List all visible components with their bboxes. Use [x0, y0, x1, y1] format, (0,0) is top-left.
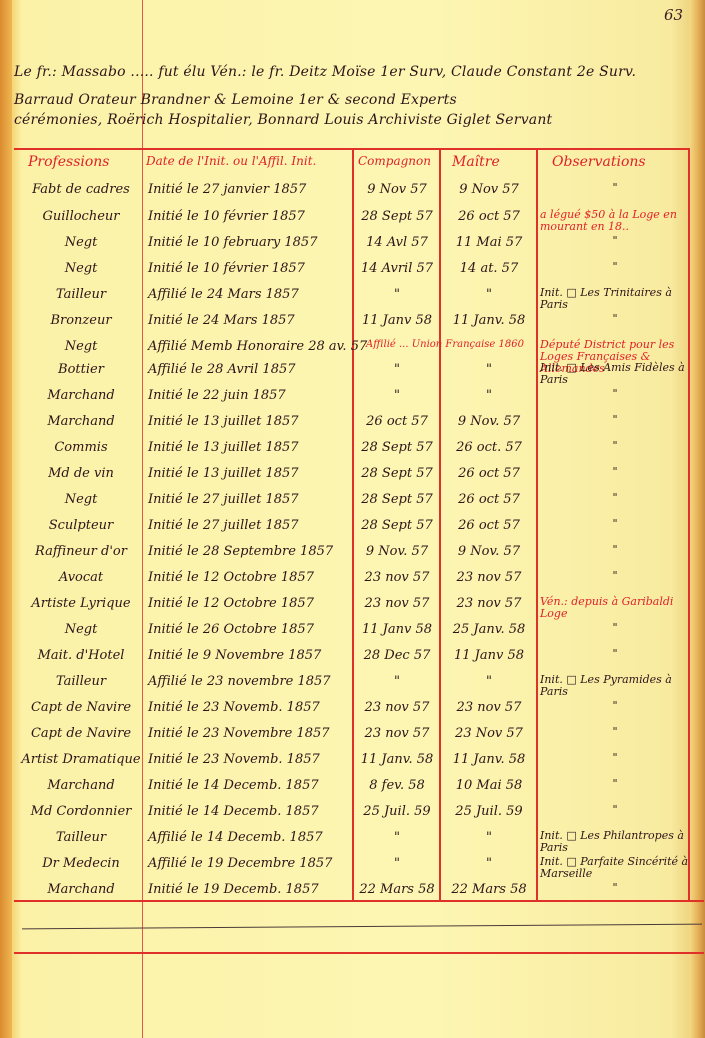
table-row: BottierAffilié le 28 Avril 1857""Init. □… — [0, 362, 705, 388]
compagnon-cell: 25 Juil. 59 — [355, 804, 439, 819]
header-professions: Professions — [28, 154, 109, 170]
maitre-cell: 9 Nov. 57 — [442, 414, 536, 429]
table-row: NegtInitié le 10 february 185714 Avl 571… — [0, 235, 705, 261]
date-cell: Initié le 19 Decemb. 1857 — [148, 882, 353, 897]
profession-cell: Tailleur — [20, 287, 142, 302]
table-row: Mait. d'HotelInitié le 9 Novembre 185728… — [0, 648, 705, 674]
intro-line-3: cérémonies, Roërich Hospitalier, Bonnard… — [14, 112, 552, 128]
observations-cell: Vén.: depuis à Garibaldi Loge — [540, 596, 690, 620]
table-row: TailleurAffilié le 24 Mars 1857""Init. □… — [0, 287, 705, 313]
maitre-cell: 26 oct 57 — [442, 209, 536, 224]
profession-cell: Marchand — [20, 414, 142, 429]
observations-cell: Init. □ Les Trinitaires à Paris — [540, 287, 690, 311]
header-observations: Observations — [552, 154, 646, 170]
table-row: Md CordonnierInitié le 14 Decemb. 185725… — [0, 804, 705, 830]
table-row: Dr MedecinAffilié le 19 Decembre 1857""I… — [0, 856, 705, 882]
profession-cell: Marchand — [20, 882, 142, 897]
compagnon-cell: 28 Sept 57 — [355, 209, 439, 224]
maitre-cell: 11 Janv. 58 — [442, 313, 536, 328]
table-row: TailleurAffilié le 14 Decemb. 1857""Init… — [0, 830, 705, 856]
maitre-cell: 14 at. 57 — [442, 261, 536, 276]
compagnon-cell: 11 Janv. 58 — [355, 752, 439, 767]
profession-cell: Guillocheur — [20, 209, 142, 224]
maitre-cell: " — [442, 287, 536, 302]
compagnon-cell: 23 nov 57 — [355, 570, 439, 585]
maitre-cell: 23 nov 57 — [442, 596, 536, 611]
profession-cell: Negt — [20, 235, 142, 250]
maitre-cell: " — [442, 362, 536, 377]
table-row: MarchandInitié le 19 Decemb. 185722 Mars… — [0, 882, 705, 908]
compagnon-cell: 28 Sept 57 — [355, 492, 439, 507]
header-date: Date de l'Init. ou l'Affil. Init. — [146, 154, 316, 168]
profession-cell: Negt — [20, 261, 142, 276]
compagnon-cell: " — [355, 362, 439, 377]
compagnon-cell: 11 Janv 58 — [355, 622, 439, 637]
compagnon-cell: 14 Avl 57 — [355, 235, 439, 250]
date-cell: Initié le 12 Octobre 1857 — [148, 570, 353, 585]
profession-cell: Sculpteur — [20, 518, 142, 533]
compagnon-cell: 23 nov 57 — [355, 596, 439, 611]
profession-cell: Negt — [20, 492, 142, 507]
date-cell: Initié le 14 Decemb. 1857 — [148, 778, 353, 793]
compagnon-cell: 28 Dec 57 — [355, 648, 439, 663]
intro-line-2: Barraud Orateur Brandner & Lemoine 1er &… — [14, 92, 457, 108]
profession-cell: Commis — [20, 440, 142, 455]
compagnon-cell: 28 Sept 57 — [355, 440, 439, 455]
date-cell: Initié le 23 Novemb. 1857 — [148, 700, 353, 715]
maitre-cell: 26 oct 57 — [442, 492, 536, 507]
header-maitre: Maître — [452, 154, 500, 170]
date-cell: Initié le 28 Septembre 1857 — [148, 544, 353, 559]
date-cell: Affilié le 28 Avril 1857 — [148, 362, 353, 377]
maitre-cell: 11 Janv. 58 — [442, 752, 536, 767]
page-number: 63 — [664, 6, 683, 24]
compagnon-cell: 14 Avril 57 — [355, 261, 439, 276]
profession-cell: Bottier — [20, 362, 142, 377]
table-row: MarchandInitié le 22 juin 1857""" — [0, 388, 705, 414]
date-cell: Affilié le 24 Mars 1857 — [148, 287, 353, 302]
table-row: Capt de NavireInitié le 23 Novemb. 18572… — [0, 700, 705, 726]
date-cell: Initié le 27 janvier 1857 — [148, 182, 353, 197]
observations-cell: " — [540, 882, 690, 894]
observations-cell: " — [540, 700, 690, 712]
date-cell: Affilié le 14 Decemb. 1857 — [148, 830, 353, 845]
header-compagnon: Compagnon — [358, 154, 431, 168]
compagnon-cell: 23 nov 57 — [355, 700, 439, 715]
date-cell: Affilié le 19 Decembre 1857 — [148, 856, 353, 871]
date-cell: Initié le 26 Octobre 1857 — [148, 622, 353, 637]
maitre-cell: 22 Mars 58 — [442, 882, 536, 897]
observations-cell: " — [540, 492, 690, 504]
maitre-cell: 23 nov 57 — [442, 700, 536, 715]
date-cell: Initié le 10 february 1857 — [148, 235, 353, 250]
compagnon-cell: 9 Nov 57 — [355, 182, 439, 197]
observations-cell: " — [540, 570, 690, 582]
profession-cell: Mait. d'Hotel — [20, 648, 142, 663]
table-row: SculpteurInitié le 27 juillet 185728 Sep… — [0, 518, 705, 544]
date-cell: Initié le 23 Novembre 1857 — [148, 726, 353, 741]
observations-cell: " — [540, 648, 690, 660]
compagnon-cell: 23 nov 57 — [355, 726, 439, 741]
compagnon-cell: " — [355, 287, 439, 302]
maitre-cell: 9 Nov. 57 — [442, 544, 536, 559]
observations-cell: " — [540, 778, 690, 790]
profession-cell: Avocat — [20, 570, 142, 585]
observations-cell: " — [540, 440, 690, 452]
table-row: MarchandInitié le 14 Decemb. 18578 fev. … — [0, 778, 705, 804]
date-cell: Initié le 9 Novembre 1857 — [148, 648, 353, 663]
observations-cell: " — [540, 388, 690, 400]
maitre-cell: " — [442, 674, 536, 689]
observations-cell: " — [540, 804, 690, 816]
profession-cell: Fabt de cadres — [20, 182, 142, 197]
date-cell: Initié le 27 juillet 1857 — [148, 492, 353, 507]
observations-cell: " — [540, 544, 690, 556]
date-cell: Initié le 10 février 1857 — [148, 209, 353, 224]
profession-cell: Marchand — [20, 388, 142, 403]
maitre-cell: 10 Mai 58 — [442, 778, 536, 793]
profession-cell: Negt — [20, 339, 142, 354]
maitre-cell: 26 oct 57 — [442, 466, 536, 481]
profession-cell: Md Cordonnier — [20, 804, 142, 819]
table-row: Capt de NavireInitié le 23 Novembre 1857… — [0, 726, 705, 752]
profession-cell: Raffineur d'or — [20, 544, 142, 559]
profession-cell: Artist Dramatique — [20, 752, 142, 767]
date-cell: Initié le 13 juillet 1857 — [148, 414, 353, 429]
observations-cell: " — [540, 261, 690, 273]
compagnon-cell: " — [355, 674, 439, 689]
table-row: Md de vinInitié le 13 juillet 185728 Sep… — [0, 466, 705, 492]
footer-rule — [14, 952, 704, 954]
date-cell: Initié le 13 juillet 1857 — [148, 440, 353, 455]
date-cell: Initié le 10 février 1857 — [148, 261, 353, 276]
table-row: NegtInitié le 26 Octobre 185711 Janv 582… — [0, 622, 705, 648]
maitre-cell: 11 Janv 58 — [442, 648, 536, 663]
profession-cell: Negt — [20, 622, 142, 637]
profession-cell: Dr Medecin — [20, 856, 142, 871]
table-row: BronzeurInitié le 24 Mars 185711 Janv 58… — [0, 313, 705, 339]
maitre-cell: 11 Mai 57 — [442, 235, 536, 250]
table-row: Fabt de cadresInitié le 27 janvier 18579… — [0, 182, 705, 208]
table-row: GuillocheurInitié le 10 février 185728 S… — [0, 209, 705, 235]
date-cell: Initié le 13 juillet 1857 — [148, 466, 353, 481]
table-row: NegtInitié le 27 juillet 185728 Sept 572… — [0, 492, 705, 518]
observations-cell: Init. □ Les Pyramides à Paris — [540, 674, 690, 698]
compagnon-cell: " — [355, 830, 439, 845]
profession-cell: Artiste Lyrique — [20, 596, 142, 611]
table-row: NegtInitié le 10 février 185714 Avril 57… — [0, 261, 705, 287]
date-cell: Initié le 24 Mars 1857 — [148, 313, 353, 328]
date-cell: Initié le 22 juin 1857 — [148, 388, 353, 403]
table-row: CommisInitié le 13 juillet 185728 Sept 5… — [0, 440, 705, 466]
maitre-cell: 26 oct. 57 — [442, 440, 536, 455]
compagnon-cell: 8 fev. 58 — [355, 778, 439, 793]
profession-cell: Md de vin — [20, 466, 142, 481]
observations-cell: a légué $50 à la Loge en mourant en 18.. — [540, 209, 690, 233]
compagnon-cell: 26 oct 57 — [355, 414, 439, 429]
observations-cell: " — [540, 726, 690, 738]
compagnon-cell: " — [355, 856, 439, 871]
observations-cell: " — [540, 235, 690, 247]
table-row: MarchandInitié le 13 juillet 185726 oct … — [0, 414, 705, 440]
compagnon-cell: 11 Janv 58 — [355, 313, 439, 328]
date-cell: Initié le 12 Octobre 1857 — [148, 596, 353, 611]
profession-cell: Bronzeur — [20, 313, 142, 328]
observations-cell: " — [540, 518, 690, 530]
compagnon-cell: 9 Nov. 57 — [355, 544, 439, 559]
date-cell: Initié le 27 juillet 1857 — [148, 518, 353, 533]
maitre-cell: 23 nov 57 — [442, 570, 536, 585]
compagnon-cell: 28 Sept 57 — [355, 518, 439, 533]
observations-cell: " — [540, 622, 690, 634]
observations-cell: Init. □ Les Amis Fidèles à Paris — [540, 362, 690, 386]
compagnon-cell: Affilié ... Union Française 1860 — [355, 339, 535, 350]
intro-line-1: Le fr.: Massabo ..... fut élu Vén.: le f… — [14, 64, 636, 80]
observations-cell: " — [540, 466, 690, 478]
table-row: Artist DramatiqueInitié le 23 Novemb. 18… — [0, 752, 705, 778]
table-row: Artiste LyriqueInitié le 12 Octobre 1857… — [0, 596, 705, 622]
ink-rule — [22, 924, 702, 930]
maitre-cell: " — [442, 830, 536, 845]
observations-cell: " — [540, 182, 690, 194]
date-cell: Affilié le 23 novembre 1857 — [148, 674, 353, 689]
observations-cell: Init. □ Parfaite Sincérité à Marseille — [540, 856, 690, 880]
profession-cell: Marchand — [20, 778, 142, 793]
table-row: Raffineur d'orInitié le 28 Septembre 185… — [0, 544, 705, 570]
maitre-cell: 25 Juil. 59 — [442, 804, 536, 819]
table-row: AvocatInitié le 12 Octobre 185723 nov 57… — [0, 570, 705, 596]
observations-cell: " — [540, 313, 690, 325]
compagnon-cell: " — [355, 388, 439, 403]
profession-cell: Capt de Navire — [20, 700, 142, 715]
maitre-cell: 26 oct 57 — [442, 518, 536, 533]
observations-cell: " — [540, 414, 690, 426]
maitre-cell: " — [442, 388, 536, 403]
observations-cell: Init. □ Les Philantropes à Paris — [540, 830, 690, 854]
maitre-cell: 23 Nov 57 — [442, 726, 536, 741]
profession-cell: Tailleur — [20, 674, 142, 689]
maitre-cell: " — [442, 856, 536, 871]
profession-cell: Capt de Navire — [20, 726, 142, 741]
maitre-cell: 9 Nov 57 — [442, 182, 536, 197]
compagnon-cell: 22 Mars 58 — [355, 882, 439, 897]
observations-cell: " — [540, 752, 690, 764]
ledger-page: 63 Le fr.: Massabo ..... fut élu Vén.: l… — [0, 0, 705, 1038]
date-cell: Initié le 14 Decemb. 1857 — [148, 804, 353, 819]
table-row: TailleurAffilié le 23 novembre 1857""Ini… — [0, 674, 705, 700]
date-cell: Initié le 23 Novemb. 1857 — [148, 752, 353, 767]
compagnon-cell: 28 Sept 57 — [355, 466, 439, 481]
profession-cell: Tailleur — [20, 830, 142, 845]
maitre-cell: 25 Janv. 58 — [442, 622, 536, 637]
date-cell: Affilié Memb Honoraire 28 av. 57 — [148, 339, 353, 354]
